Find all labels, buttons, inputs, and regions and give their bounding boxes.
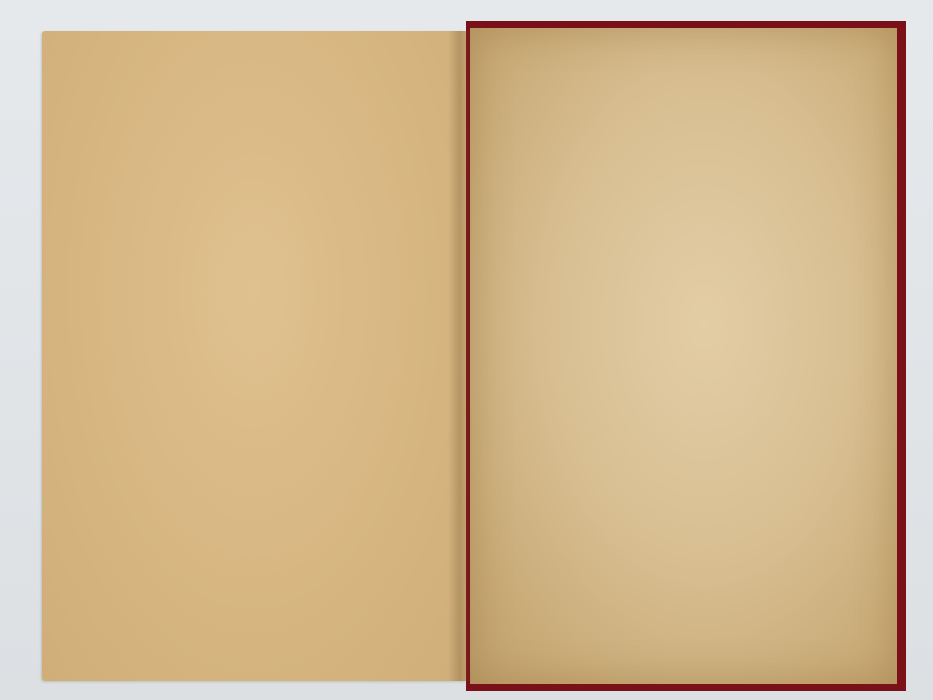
page-foxing-shadow [470, 28, 897, 684]
book-gutter [448, 31, 472, 681]
left-endpaper [42, 31, 466, 681]
